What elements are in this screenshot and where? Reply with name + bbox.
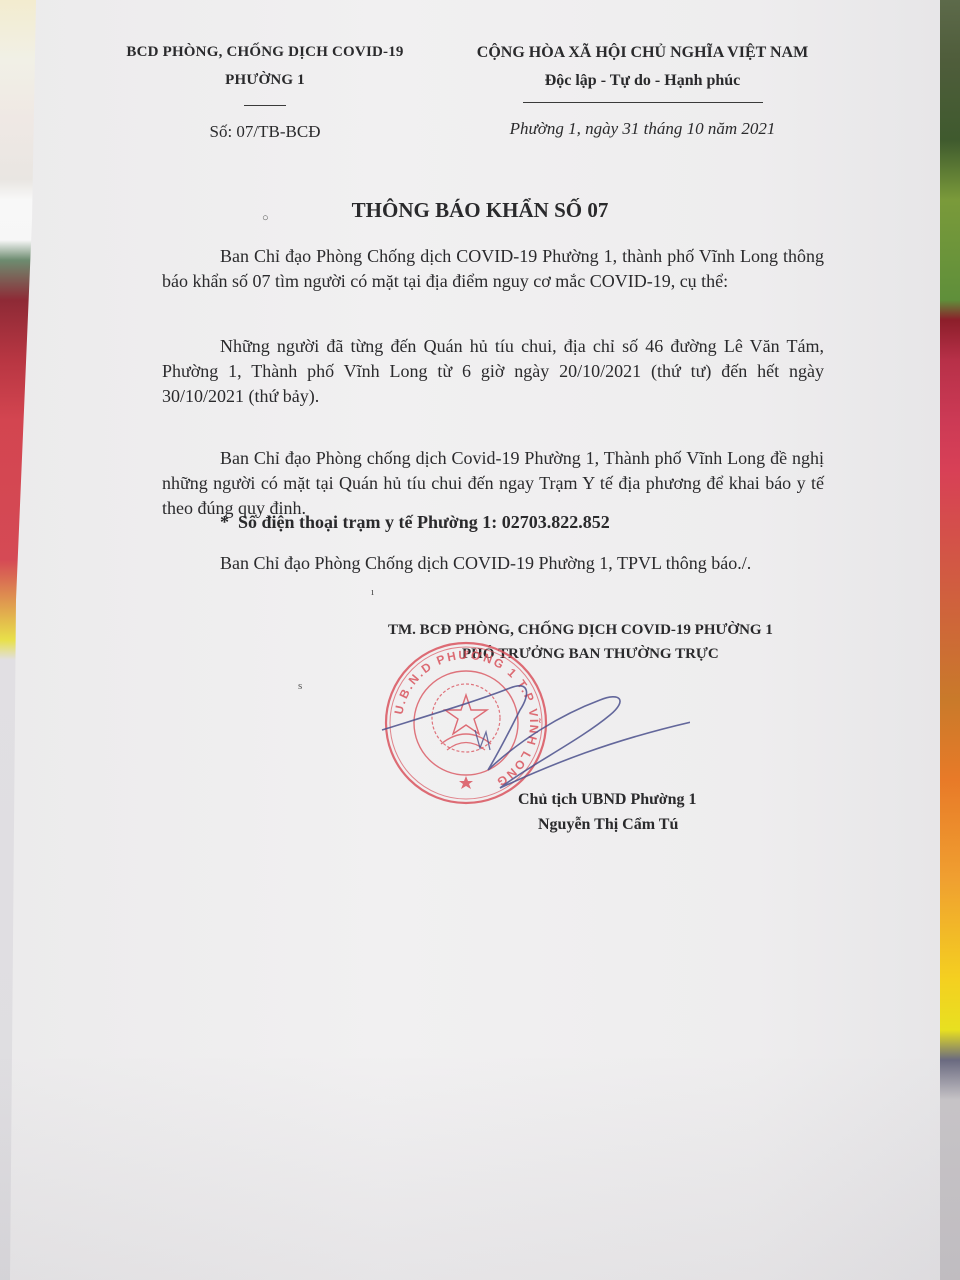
header-right: CỘNG HÒA XÃ HỘI CHỦ NGHĨA VIỆT NAM Độc l…: [440, 44, 845, 139]
place-and-date: Phường 1, ngày 31 tháng 10 năm 2021: [440, 119, 845, 139]
signer-title: Chủ tịch UBND Phường 1: [518, 791, 697, 809]
issuing-org: BCD PHÒNG, CHỐNG DỊCH COVID-19: [105, 44, 425, 61]
paper-speck: ı: [371, 586, 374, 598]
country-name: CỘNG HÒA XÃ HỘI CHỦ NGHĨA VIỆT NAM: [440, 44, 845, 62]
signature-org: TM. BCĐ PHÒNG, CHỐNG DỊCH COVID-19 PHƯỜN…: [388, 622, 773, 639]
header-right-divider: [523, 102, 763, 103]
header-left: BCD PHÒNG, CHỐNG DỊCH COVID-19 PHƯỜNG 1 …: [105, 44, 425, 142]
paper-speck: ○: [262, 212, 269, 224]
signer-name: Nguyễn Thị Cẩm Tú: [538, 816, 678, 834]
health-station-phone: Số điện thoại trạm y tế Phường 1: 02703.…: [238, 512, 610, 532]
document-number: Số: 07/TB-BCĐ: [105, 122, 425, 142]
paper-speck: s: [298, 680, 302, 692]
bullet-asterisk: *: [220, 512, 229, 532]
body-paragraph-2: Những người đã từng đến Quán hủ tíu chui…: [162, 334, 824, 409]
body-paragraph-3: Ban Chỉ đạo Phòng chống dịch Covid-19 Ph…: [162, 446, 824, 521]
phone-line: * Số điện thoại trạm y tế Phường 1: 0270…: [220, 512, 610, 533]
handwritten-signature-icon: [370, 660, 690, 790]
document-title: THÔNG BÁO KHẨN SỐ 07: [0, 198, 960, 223]
body-paragraph-1: Ban Chỉ đạo Phòng Chống dịch COVID-19 Ph…: [162, 244, 824, 294]
issuing-org-ward: PHƯỜNG 1: [105, 72, 425, 89]
header-left-divider: [244, 105, 286, 106]
closing-statement: Ban Chỉ đạo Phòng Chống dịch COVID-19 Ph…: [220, 553, 751, 574]
national-motto: Độc lập - Tự do - Hạnh phúc: [440, 72, 845, 90]
